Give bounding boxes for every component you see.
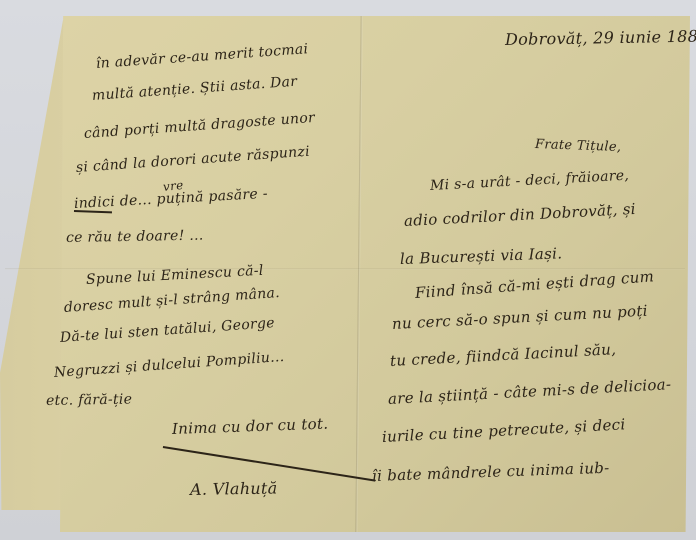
dateline: Dobrovăț, 29 iunie 1884. <box>505 26 696 49</box>
paper-left-half <box>0 20 70 510</box>
letter-line: etc. fără-ție <box>46 391 133 409</box>
letter-line: ce rău te doare! ... <box>66 228 204 246</box>
horizontal-fold-crease <box>5 268 685 270</box>
letter-photo: Dobrovăț, 29 iunie 1884. Frate Tițule, M… <box>0 0 696 540</box>
salutation: Frate Tițule, <box>535 137 622 155</box>
signature: A. Vlahuță <box>190 478 278 499</box>
